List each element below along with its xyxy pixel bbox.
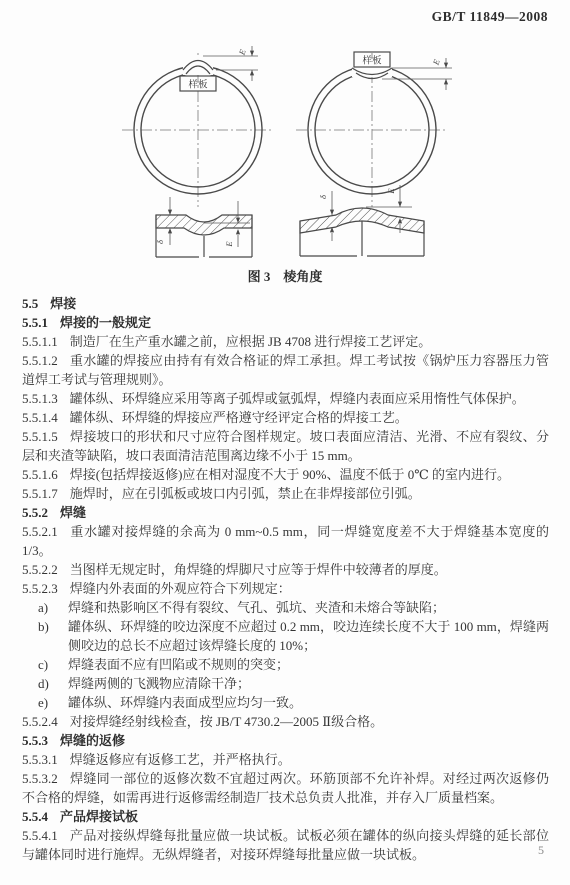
clause: 5.5.2.1重水罐对接焊缝的余高为 0 mm~0.5 mm，同一焊缝宽度差不大… [22,522,549,560]
clause-text: 焊接的一般规定 [60,315,151,330]
clause-number: 5.5.1.1 [22,334,58,349]
clause-number: 5.5.1.7 [22,486,58,501]
clauses: 5.5焊接5.5.1焊接的一般规定5.5.1.1制造厂在生产重水罐之前，应根据 … [22,294,549,864]
clause-number: b) [38,617,56,636]
clause: 5.5.3焊缝的返修 [22,731,549,750]
clause-text: 当图样无规定时，角焊缝的焊脚尺寸应等于焊件中较薄者的厚度。 [70,562,447,577]
clause: 5.5.1.3罐体纵、环焊缝应采用等离子弧焊或氩弧焊，焊缝内表面应采用惰性气体保… [22,389,549,408]
clause: 5.5.1.7施焊时，应在引弧板或坡口内引弧，禁止在非焊接部位引弧。 [22,484,549,503]
clause-text: 焊缝两侧的飞溅物应清除干净； [68,676,250,691]
clause-text: 重水罐对接焊缝的余高为 0 mm~0.5 mm，同一焊缝宽度差不大于焊缝基本宽度… [22,524,549,558]
clause: 5.5.1.1制造厂在生产重水罐之前，应根据 JB 4708 进行焊接工艺评定。 [22,332,549,351]
clause-text: 重水罐的焊接应由持有有效合格证的焊工承担。焊工考试按《锅炉压力容器压力管道焊工考… [22,353,549,387]
clause-number: 5.5.1.4 [22,410,58,425]
clause: 5.5焊接 [22,294,549,313]
clause: e)罐体纵、环焊缝内表面成型应均匀一致。 [22,693,549,712]
dim-label-e-right-ring: E [430,57,442,67]
clause-text: 焊缝内外表面的外观应符合下列规定： [70,581,291,596]
clause-text: 罐体纵、环焊缝内表面成型应均匀一致。 [68,695,302,710]
clause-number: 5.5.2 [22,505,48,520]
template-label-left: 样板 [188,79,208,91]
clause: 5.5.1.6焊接(包括焊接返修)应在相对湿度不大于 90%、温度不低于 0℃ … [22,465,549,484]
clause-text: 罐体纵、环焊缝的焊接应严格遵守经评定合格的焊接工艺。 [70,410,408,425]
clause-number: 5.5.3.2 [22,771,58,786]
clause-number: 5.5.1 [22,315,48,330]
clause: 5.5.1.2重水罐的焊接应由持有有效合格证的焊工承担。焊工考试按《锅炉压力容器… [22,351,549,389]
clause-text: 产品焊接试板 [60,809,138,824]
clause-number: 5.5.2.2 [22,562,58,577]
clause-text: 制造厂在生产重水罐之前，应根据 JB 4708 进行焊接工艺评定。 [70,334,431,349]
clause-number: a) [38,598,56,617]
clause-number: d) [38,674,56,693]
clause: 5.5.4产品焊接试板 [22,807,549,826]
dim-label-delta-right-section: δ [318,194,328,199]
clause-number: 5.5.2.1 [22,524,58,539]
clause-text: 焊缝的返修 [60,733,125,748]
clause-text: 产品对接纵焊缝每批量应做一块试板。试板必须在罐体的纵向接头焊缝的延长部位与罐体同… [22,828,549,862]
clause-number: 5.5.2.3 [22,581,58,596]
clause-number: 5.5.3.1 [22,752,58,767]
template-label-right: 样板 [362,55,382,67]
dim-label-e-right-section: E [386,188,396,195]
figure-caption-number: 图 3 [248,269,271,284]
clause: d)焊缝两侧的飞溅物应清除干净； [22,674,549,693]
clause-number: 5.5.4.1 [22,828,58,843]
clause-text: 焊缝同一部位的返修次数不宜超过两次。环筋顶部不允许补焊。对经过两次返修仍不合格的… [22,771,549,805]
weld-section-left: δ E [155,197,252,257]
figure-3-drawing: 样板 E 样板 [0,45,570,263]
ring-diagram-left: 样板 E [122,46,274,207]
clause-text: 焊缝返修应有返修工艺，并严格执行。 [70,752,291,767]
standard-number: GB/T 11849—2008 [432,9,548,25]
clause-number: e) [38,693,56,712]
clause-text: 焊接坡口的形状和尺寸应符合图样规定。坡口表面应清洁、光滑、不应有裂纹、分层和夹渣… [22,429,549,463]
dim-label-e-left-section: E [224,241,234,248]
clause-text: 焊缝 [60,505,86,520]
clause: 5.5.4.1产品对接纵焊缝每批量应做一块试板。试板必须在罐体的纵向接头焊缝的延… [22,826,549,864]
clause-number: 5.5 [22,296,38,311]
clause: 5.5.2.4对接焊缝经射线检查，按 JB/T 4730.2—2005 Ⅱ级合格… [22,712,549,731]
clause: a)焊缝和热影响区不得有裂纹、气孔、弧坑、夹渣和未熔合等缺陷； [22,598,549,617]
clause-text: 罐体纵、环焊缝应采用等离子弧焊或氩弧焊，焊缝内表面应采用惰性气体保护。 [70,391,525,406]
clause: 5.5.3.2焊缝同一部位的返修次数不宜超过两次。环筋顶部不允许补焊。对经过两次… [22,769,549,807]
dim-label-e-left-ring: E [236,47,248,57]
clause-text: 焊接(包括焊接返修)应在相对湿度不大于 90%、温度不低于 0℃ 的室内进行。 [70,467,510,482]
clause-number: 5.5.1.5 [22,429,58,444]
clause: 5.5.1.5焊接坡口的形状和尺寸应符合图样规定。坡口表面应清洁、光滑、不应有裂… [22,427,549,465]
clause-number: 5.5.3 [22,733,48,748]
clause-text: 施焊时，应在引弧板或坡口内引弧，禁止在非焊接部位引弧。 [70,486,421,501]
clause-text: 焊缝和热影响区不得有裂纹、气孔、弧坑、夹渣和未熔合等缺陷； [68,600,445,615]
page-number: 5 [538,843,544,858]
clause-number: 5.5.2.4 [22,714,58,729]
clause-number: 5.5.1.3 [22,391,58,406]
clause: 5.5.1.4罐体纵、环焊缝的焊接应严格遵守经评定合格的焊接工艺。 [22,408,549,427]
clause-text: 罐体纵、环焊缝的咬边深度不应超过 0.2 mm，咬边连续长度不大于 100 mm… [68,619,549,653]
clause: 5.5.2.2当图样无规定时，角焊缝的焊脚尺寸应等于焊件中较薄者的厚度。 [22,560,549,579]
figure-caption: 图 3棱角度 [0,266,570,285]
clause: 5.5.3.1焊缝返修应有返修工艺，并严格执行。 [22,750,549,769]
figure-3-svg: 样板 E 样板 [0,45,570,263]
clause-number: 5.5.1.6 [22,467,58,482]
clause-text: 对接焊缝经射线检查，按 JB/T 4730.2—2005 Ⅱ级合格。 [70,714,383,729]
figure-caption-title: 棱角度 [283,269,322,284]
clause-number: 5.5.4 [22,809,48,824]
document-page: GB/T 11849—2008 样板 [0,0,570,885]
ring-diagram-right: 样板 E [296,52,452,207]
clause: c)焊缝表面不应有凹陷或不规则的突变； [22,655,549,674]
clause: 5.5.1焊接的一般规定 [22,313,549,332]
clause: 5.5.2焊缝 [22,503,549,522]
clause-number: c) [38,655,56,674]
clause-text: 焊缝表面不应有凹陷或不规则的突变； [68,657,289,672]
clause: 5.5.2.3焊缝内外表面的外观应符合下列规定： [22,579,549,598]
weld-section-right: δ E [300,185,424,256]
clause: b)罐体纵、环焊缝的咬边深度不应超过 0.2 mm，咬边连续长度不大于 100 … [22,617,549,655]
clause-number: 5.5.1.2 [22,353,58,368]
clause-text: 焊接 [50,296,76,311]
